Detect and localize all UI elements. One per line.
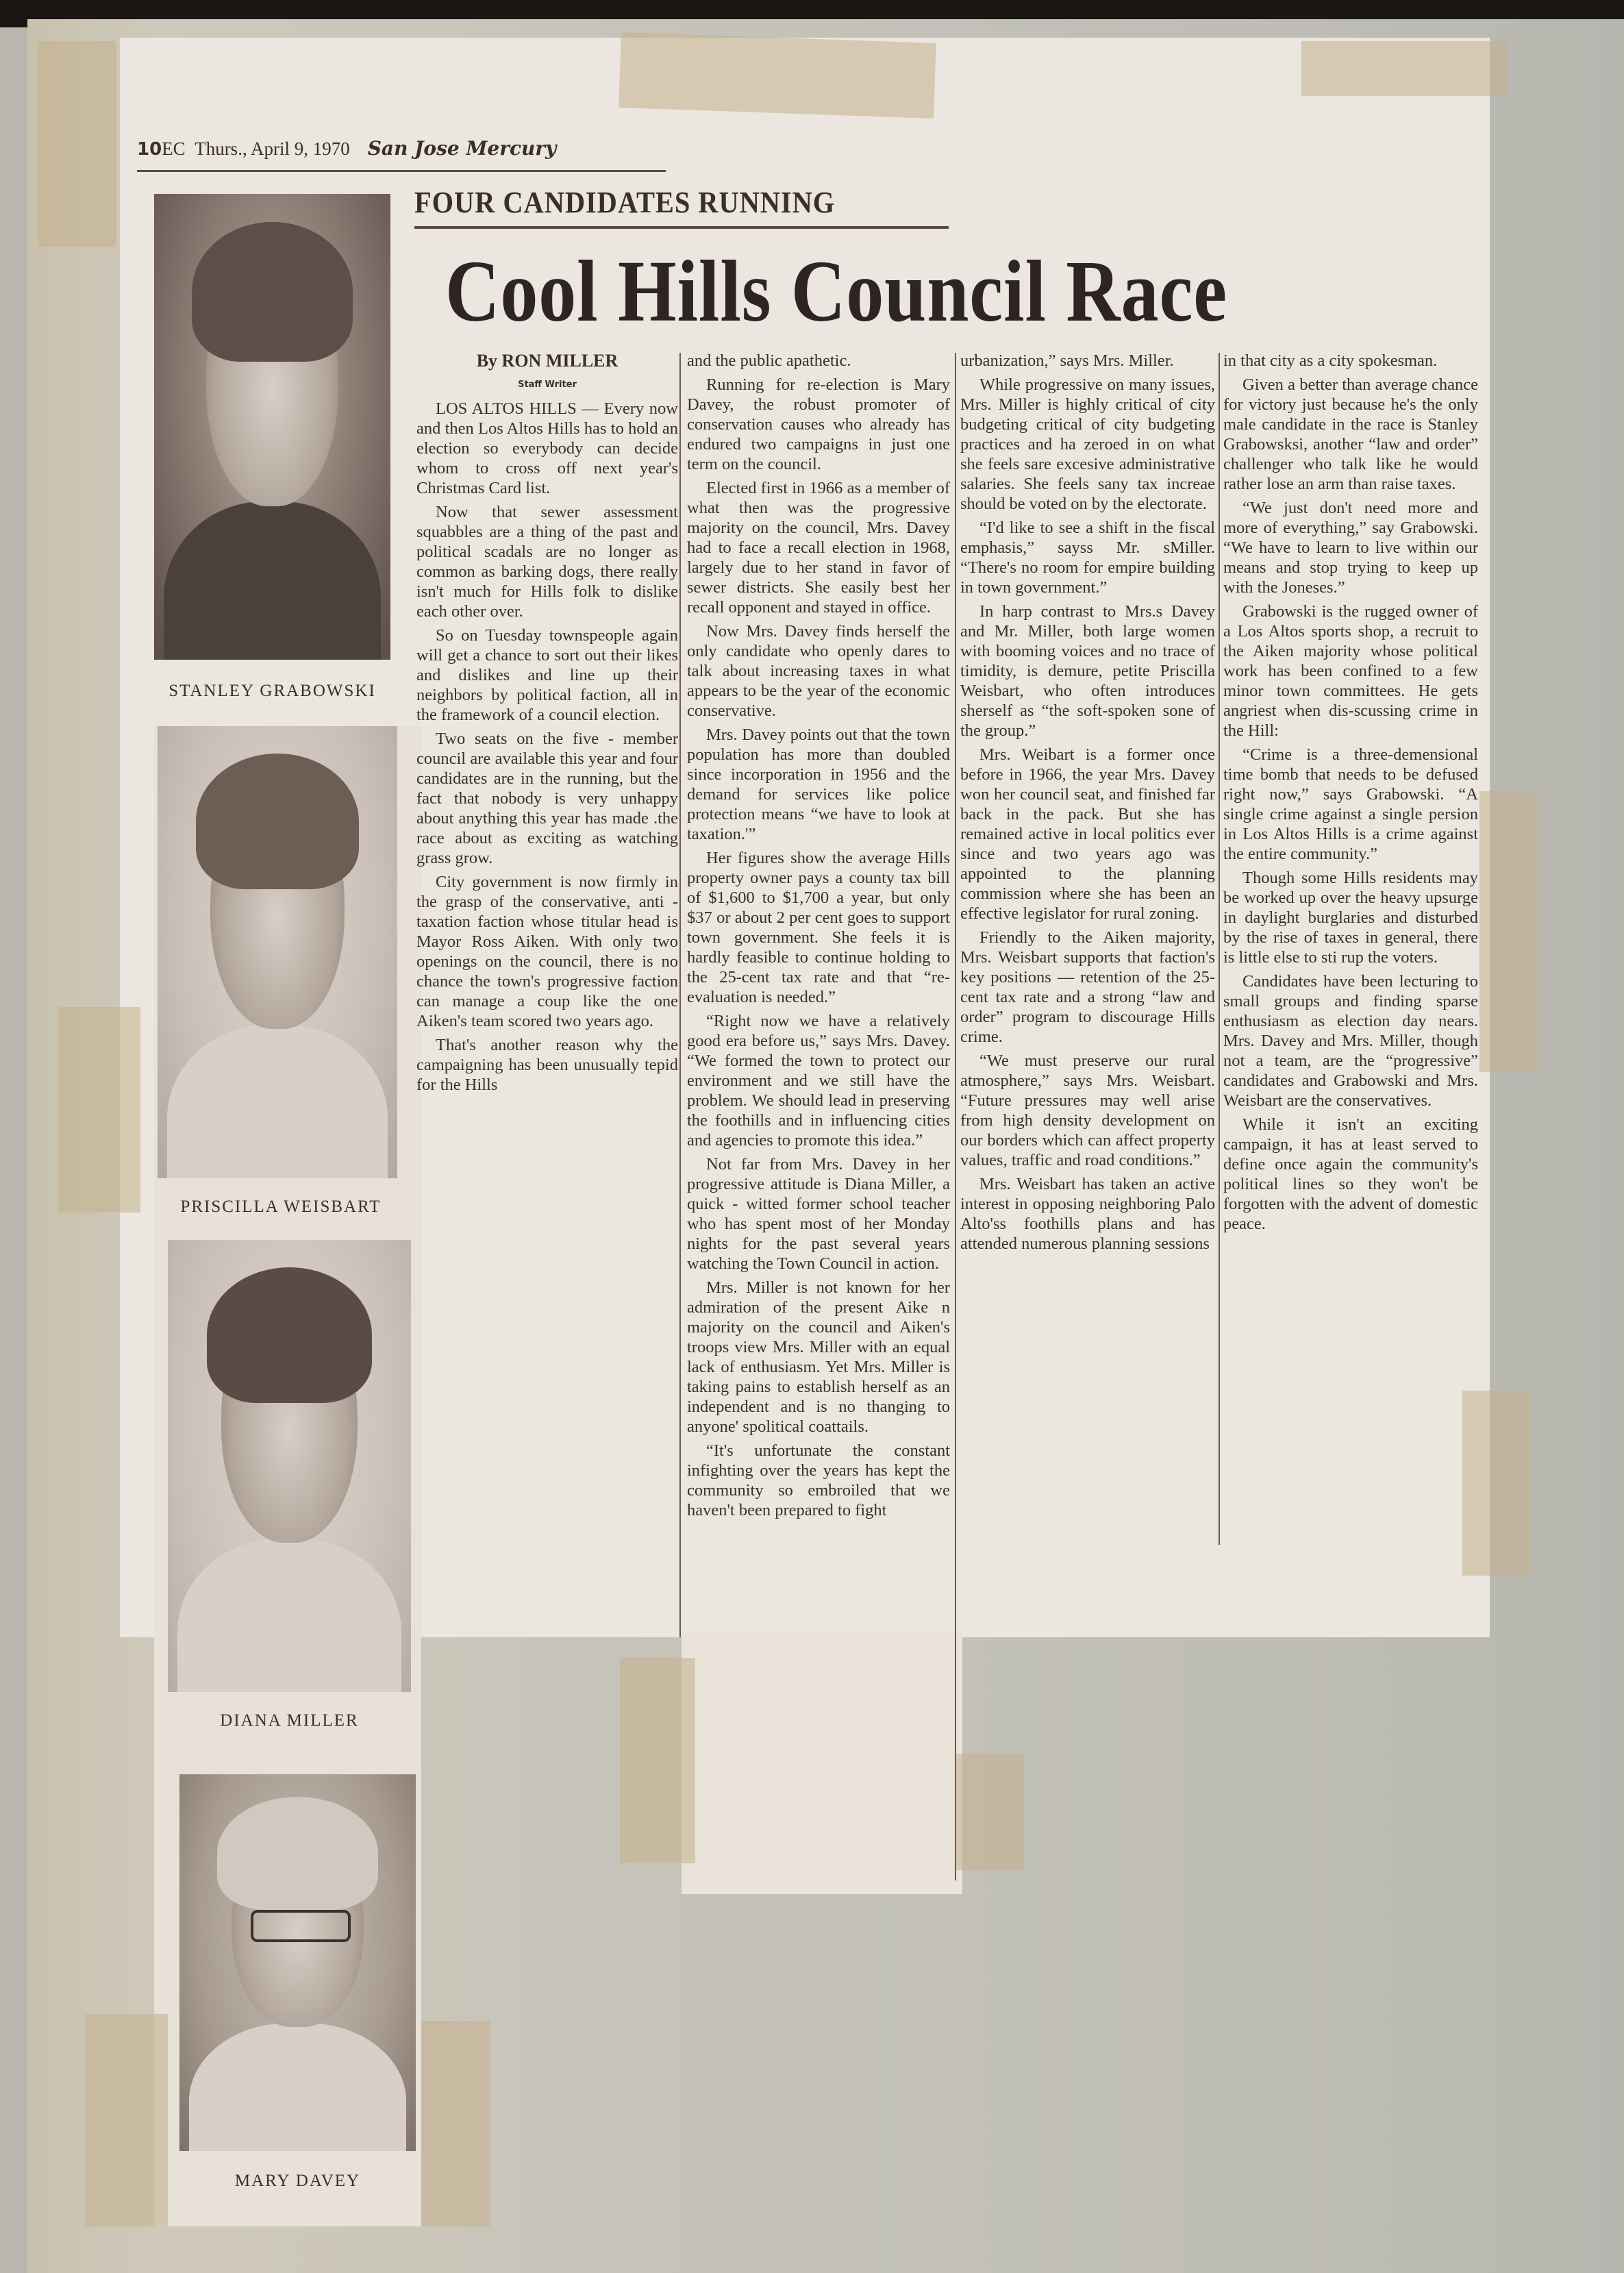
kicker-rule <box>414 226 949 229</box>
photo-priscilla-weisbart <box>158 726 397 1178</box>
article-paragraph: Not far from Mrs. Davey in her progressi… <box>687 1154 950 1274</box>
article-paragraph: “It's unfortunate the constant infightin… <box>687 1441 950 1520</box>
tape-piece <box>421 2021 490 2226</box>
page-number: 10 <box>137 139 162 160</box>
article-paragraph: “Right now we have a relatively good era… <box>687 1011 950 1150</box>
caption-priscilla-weisbart: PRISCILLA WEISBART <box>151 1197 411 1217</box>
column-2-body: and the public apathetic.Running for re-… <box>687 351 950 1520</box>
newspaper-masthead: San Jose Mercury <box>368 137 557 160</box>
article-paragraph: So on Tuesday townspeople again will get… <box>416 625 678 725</box>
article-paragraph: “We must preserve our rural atmosphere,”… <box>960 1051 1215 1170</box>
article-paragraph: Running for re-election is Mary Davey, t… <box>687 375 950 474</box>
article-paragraph: LOS ALTOS HILLS — Every now and then Los… <box>416 399 678 498</box>
tape-piece <box>1462 1391 1531 1576</box>
column-3-body: urbanization,” says Mrs. Miller.While pr… <box>960 351 1215 1254</box>
article-paragraph: While progressive on many issues, Mrs. M… <box>960 375 1215 514</box>
folio-rule <box>137 170 666 172</box>
article-paragraph: urbanization,” says Mrs. Miller. <box>960 351 1215 371</box>
article-paragraph: Mrs. Weisbart has taken an active intere… <box>960 1174 1215 1254</box>
kicker-headline: FOUR CANDIDATES RUNNING <box>414 185 835 220</box>
article-paragraph: Though some Hills residents may be worke… <box>1223 868 1478 967</box>
tape-piece <box>620 1658 695 1863</box>
article-paragraph: City government is now firmly in the gra… <box>416 872 678 1031</box>
photo-mary-davey <box>179 1774 416 2151</box>
article-paragraph: Now Mrs. Davey finds herself the only ca… <box>687 621 950 721</box>
tape-piece <box>619 32 936 119</box>
tape-piece <box>1479 791 1538 1072</box>
column-1-body: LOS ALTOS HILLS — Every now and then Los… <box>416 399 678 1095</box>
article-paragraph: in that city as a city spokesman. <box>1223 351 1478 371</box>
tape-piece <box>955 1754 1024 1870</box>
caption-stanley-grabowski: STANLEY GRABOWSKI <box>154 682 390 701</box>
article-paragraph: Candidates have been lecturing to small … <box>1223 971 1478 1110</box>
edition-code: EC <box>162 138 186 159</box>
article-paragraph: Mrs. Davey points out that the town popu… <box>687 725 950 844</box>
tape-piece <box>38 41 116 247</box>
article-paragraph: Friendly to the Aiken majority, Mrs. Wei… <box>960 928 1215 1047</box>
article-paragraph: and the public apathetic. <box>687 351 950 371</box>
article-paragraph: Her figures show the average Hills prope… <box>687 848 950 1007</box>
article-column-4: in that city as a city spokesman.Given a… <box>1223 351 1478 1238</box>
column-divider <box>679 353 681 1637</box>
article-paragraph: Grabowski is the rugged owner of a Los A… <box>1223 601 1478 741</box>
folio-line: 10EC Thurs., April 9, 1970San Jose Mercu… <box>137 137 556 160</box>
article-paragraph: Two seats on the five - member council a… <box>416 729 678 868</box>
column-4-body: in that city as a city spokesman.Given a… <box>1223 351 1478 1234</box>
photo-stanley-grabowski <box>154 194 390 660</box>
caption-diana-miller: DIANA MILLER <box>168 1711 411 1730</box>
article-paragraph: While it isn't an exciting campaign, it … <box>1223 1115 1478 1234</box>
column-divider <box>955 353 956 1880</box>
article-column-3: urbanization,” says Mrs. Miller.While pr… <box>960 351 1215 1258</box>
article-paragraph: “I'd like to see a shift in the fiscal e… <box>960 518 1215 597</box>
article-column-2: and the public apathetic.Running for re-… <box>687 351 950 1524</box>
column-divider <box>1219 353 1220 1545</box>
tape-piece <box>1301 41 1507 96</box>
caption-mary-davey: MARY DAVEY <box>179 2172 416 2191</box>
tape-piece <box>58 1007 140 1213</box>
article-paragraph: Now that sewer assessment squabbles are … <box>416 502 678 621</box>
byline-author: By RON MILLER <box>416 351 678 371</box>
headline: Cool Hills Council Race <box>445 241 1227 342</box>
article-paragraph: “Crime is a three-demensional time bomb … <box>1223 745 1478 864</box>
article-paragraph: Mrs. Weibart is a former once before in … <box>960 745 1215 923</box>
publication-date: Thurs., April 9, 1970 <box>195 138 350 159</box>
photo-diana-miller <box>168 1240 411 1692</box>
article-paragraph: Elected first in 1966 as a member of wha… <box>687 478 950 617</box>
article-paragraph: In harp contrast to Mrs.s Davey and Mr. … <box>960 601 1215 741</box>
article-paragraph: Mrs. Miller is not known for her admirat… <box>687 1278 950 1437</box>
article-paragraph: That's another reason why the campaignin… <box>416 1035 678 1095</box>
byline-role: Staff Writer <box>416 375 678 395</box>
article-column-1: By RON MILLER Staff Writer LOS ALTOS HIL… <box>416 351 678 1099</box>
clipping-extension-col2 <box>682 1630 962 1894</box>
article-paragraph: “We just don't need more and more of eve… <box>1223 498 1478 597</box>
article-paragraph: Given a better than average chance for v… <box>1223 375 1478 494</box>
tape-piece <box>86 2014 168 2226</box>
